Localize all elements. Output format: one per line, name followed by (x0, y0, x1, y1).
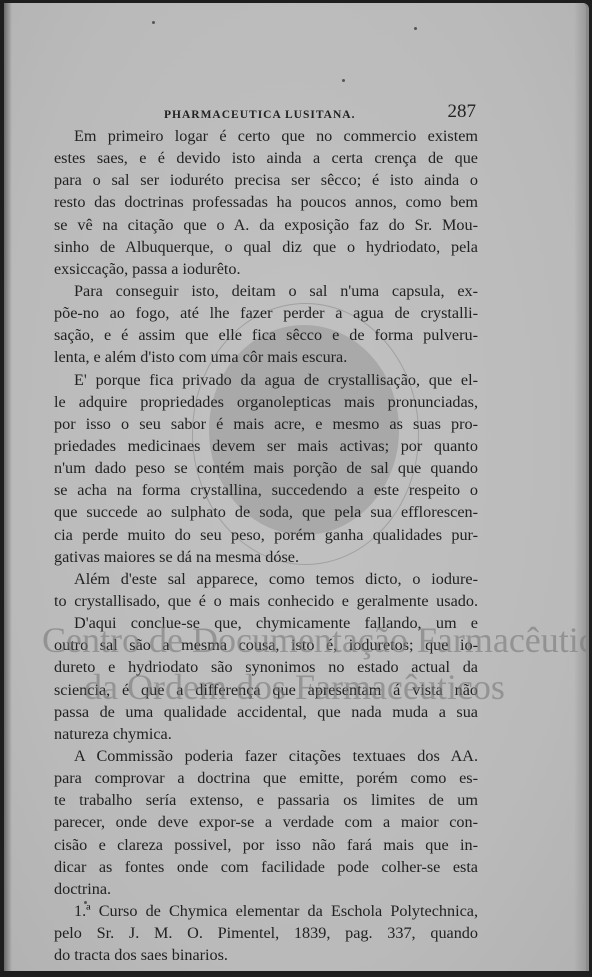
text-line: D'aqui conclue-se que, chymicamente fall… (54, 612, 478, 634)
text-line: doctrina. (54, 878, 478, 900)
text-line: sinho de Albuquerque, o qual diz que o h… (54, 236, 478, 258)
paragraph-7-reference: 1.ª Curso de Chymica elementar da Eschol… (54, 900, 478, 966)
text-line: 1.ª Curso de Chymica elementar da Eschol… (54, 900, 478, 922)
text-line: exsiccação, passa a iodurêto. (54, 258, 478, 280)
text-line: te trabalho sería extenso, e passaria os… (54, 789, 478, 811)
text-line: sciencia, é que a differença que apresen… (54, 679, 478, 701)
text-line: priedades medicinaes devem ser mais acti… (54, 435, 478, 457)
text-line: gativas maiores se dá na mesma dóse. (54, 546, 478, 568)
text-line: põe-no ao fogo, até lhe fazer perder a a… (54, 302, 478, 324)
text-line: dicar as fontes onde com facilidade pode… (54, 856, 478, 878)
paper-speck (342, 79, 345, 82)
paragraph-6: A Commissão poderia fazer citações textu… (54, 745, 478, 900)
text-line: por isso o seu sabor é mais acre, e mesm… (54, 413, 478, 435)
text-line: que succede ao sulphato de soda, que pel… (54, 501, 478, 523)
text-line: Além d'este sal apparece, como temos dic… (54, 568, 478, 590)
paragraph-2: Para conseguir isto, deitam o sal n'uma … (54, 280, 478, 369)
text-line: sação, e é assim que elle fica sêcco e d… (54, 324, 478, 346)
text-line: pelo Sr. J. M. O. Pimentel, 1839, pag. 3… (54, 922, 478, 944)
text-line: le adquire propriedades organolepticas m… (54, 391, 478, 413)
paragraph-4: Além d'este sal apparece, como temos dic… (54, 568, 478, 612)
page-gutter-shadow (4, 3, 12, 971)
page-text-block: PHARMACEUTICA LUSITANA. 287 Em primeiro … (54, 101, 478, 966)
running-head: PHARMACEUTICA LUSITANA. 287 (54, 101, 478, 123)
text-line: para o sal ser ioduréto precisa ser sêcc… (54, 169, 478, 191)
paragraph-3: E' porque fica privado da agua de crysta… (54, 369, 478, 568)
paper-speck (414, 27, 417, 30)
text-line: Para conseguir isto, deitam o sal n'uma … (54, 280, 478, 302)
text-line: lenta, e além d'isto com uma côr mais es… (54, 346, 478, 368)
text-line: estes saes, e é devido isto ainda a cert… (54, 147, 478, 169)
text-line: parecer, onde deve expor-se a verdade co… (54, 811, 478, 833)
text-line: cisão e clareza possivel, por isso não f… (54, 834, 478, 856)
scanned-book-page: PHARMACEUTICA LUSITANA. 287 Em primeiro … (4, 3, 589, 971)
paragraph-5: D'aqui conclue-se que, chymicamente fall… (54, 612, 478, 745)
paragraph-1: Em primeiro logar é certo que no commerc… (54, 125, 478, 280)
text-line: dureto e hydriodato são synonimos no est… (54, 656, 478, 678)
page-number: 287 (448, 101, 477, 123)
text-line: se vê na citação que o A. da exposição f… (54, 214, 478, 236)
text-line: resto das doctrinas professadas ha pouco… (54, 191, 478, 213)
text-line: para comprovar a doctrina que emitte, po… (54, 767, 478, 789)
text-line: n'um dado peso se contém mais porção de … (54, 457, 478, 479)
text-line: Em primeiro logar é certo que no commerc… (54, 125, 478, 147)
text-line: to crystallisado, que é o mais conhecido… (54, 590, 478, 612)
paper-speck (152, 21, 155, 24)
text-line: outro sal são a mesma cousa, isto é, iod… (54, 634, 478, 656)
text-line: natureza chymica. (54, 723, 478, 745)
text-line: A Commissão poderia fazer citações textu… (54, 745, 478, 767)
text-line: cia perde muito do seu peso, porém ganha… (54, 524, 478, 546)
text-line: do tracta dos saes binarios. (54, 944, 478, 966)
text-line: passa de uma qualidade accidental, que n… (54, 701, 478, 723)
page-right-edge (574, 3, 586, 971)
text-line: E' porque fica privado da agua de crysta… (54, 369, 478, 391)
text-line: se acha na forma crystallina, succedendo… (54, 479, 478, 501)
running-title: PHARMACEUTICA LUSITANA. (164, 109, 355, 121)
